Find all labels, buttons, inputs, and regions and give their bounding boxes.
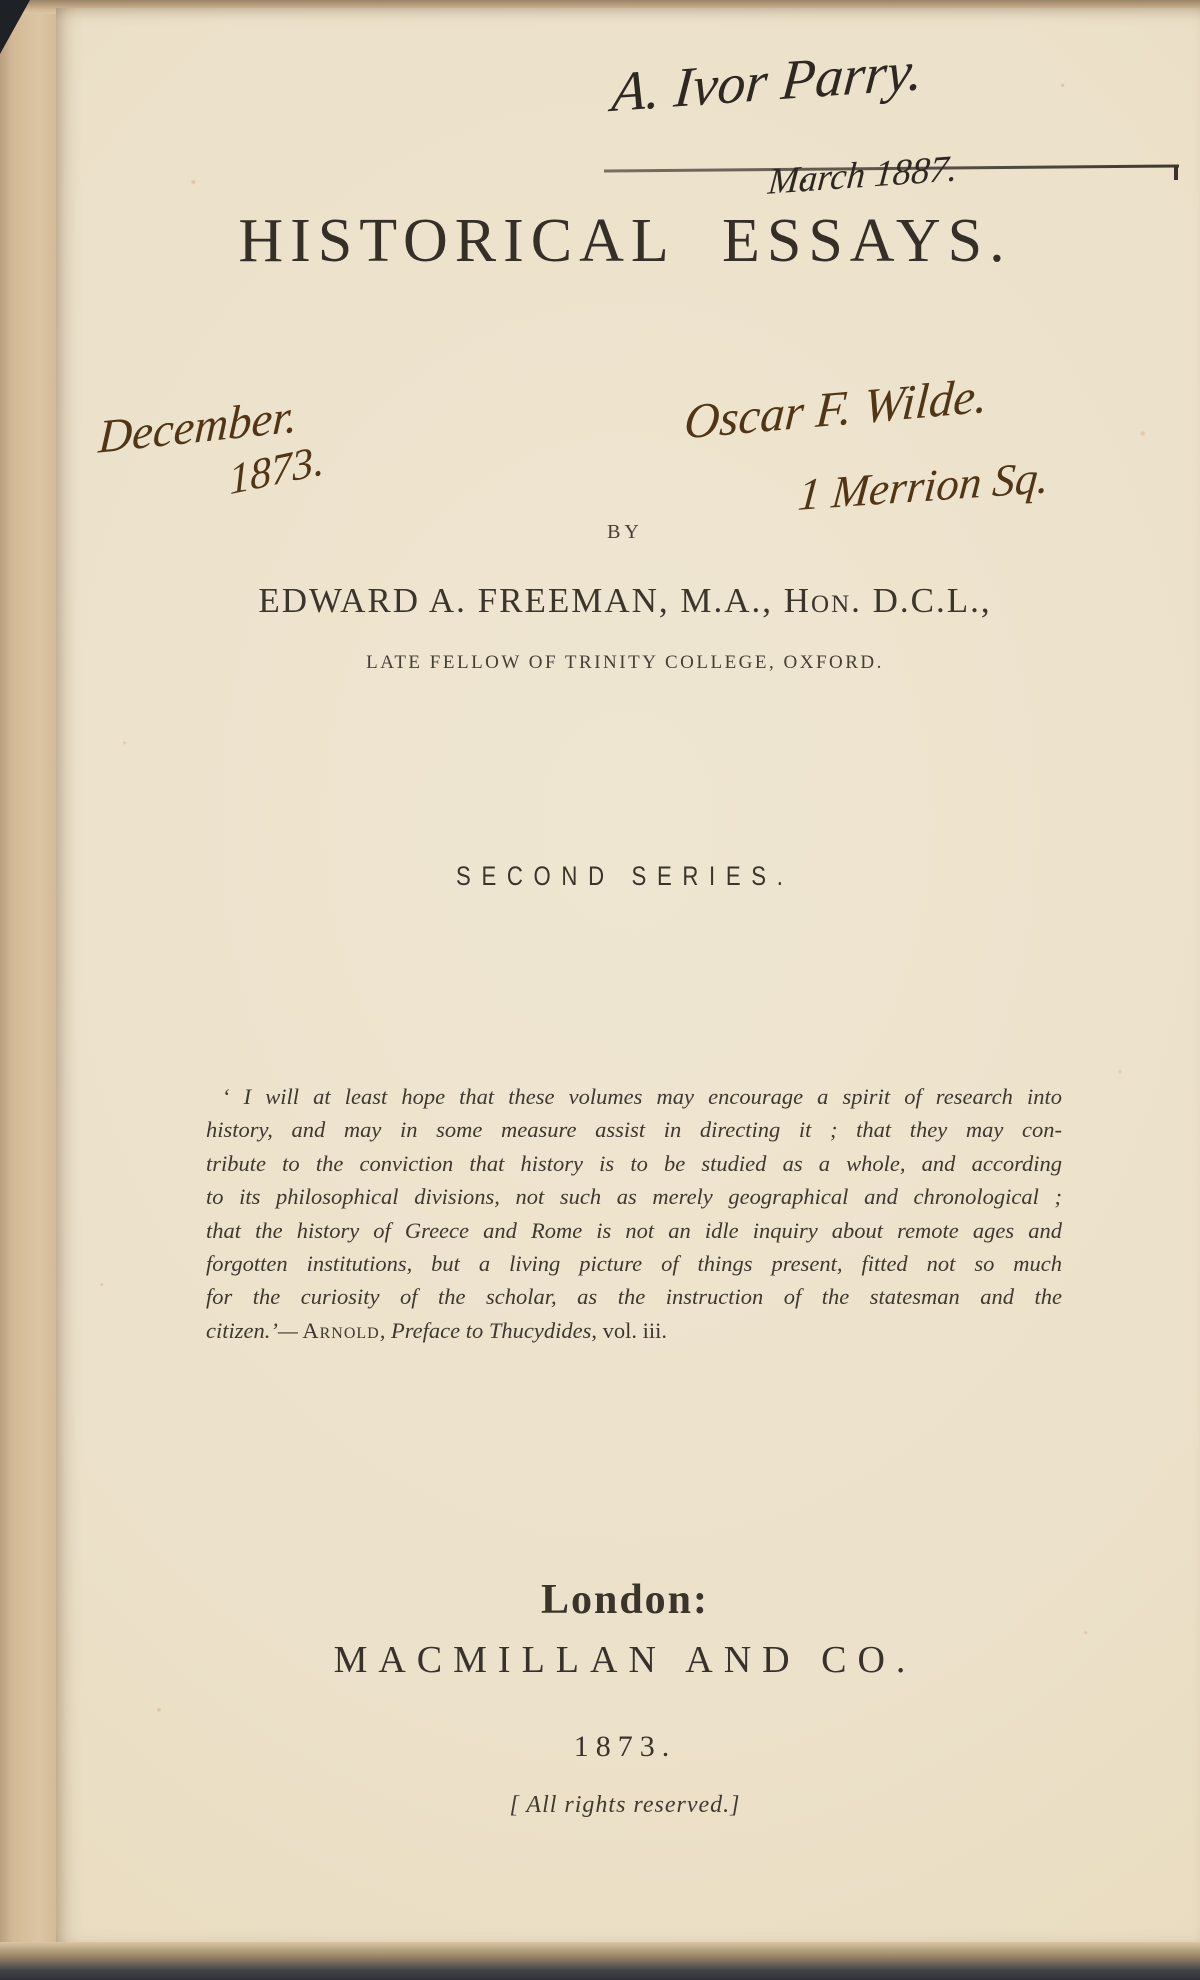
epigraph-quote: ‘ I will at least hope that these volume… — [206, 1080, 1062, 1347]
epigraph-line: forgotten institutions, but a living pic… — [206, 1247, 1062, 1280]
author-affiliation: LATE FELLOW OF TRINITY COLLEGE, OXFORD. — [96, 652, 1154, 674]
epigraph-line: history, and may in some measure assist … — [206, 1113, 1062, 1146]
epigraph-line: to its philosophical divisions, not such… — [206, 1180, 1062, 1213]
epigraph-attribution-volume: , vol. iii. — [591, 1318, 667, 1343]
title-page-paper: A. Ivor Parry. March 1887. HISTORICAL ES… — [56, 8, 1200, 1942]
epigraph-line: that the history of Greece and Rome is n… — [206, 1214, 1062, 1247]
series-title-text: SECOND SERIES. — [456, 861, 793, 892]
series-title: SECOND SERIES. — [96, 861, 1154, 892]
handwritten-wilde-address: 1 Merrion Sq. — [796, 451, 1050, 520]
epigraph-attribution-pre: citizen.’— — [206, 1318, 302, 1343]
handwritten-wilde-address-text: 1 Merrion Sq. — [796, 451, 1051, 521]
corner-shadow — [0, 0, 30, 54]
imprint-city: London: — [96, 1576, 1154, 1624]
by-label: BY — [96, 521, 1154, 544]
signature-underline-tick — [1174, 166, 1178, 180]
imprint-publisher: MACMILLAN AND CO. — [96, 1638, 1154, 1682]
author-name: EDWARD A. FREEMAN, M.A., Hon. D.C.L., — [96, 581, 1154, 621]
handwritten-owner-date-text: March 1887. — [766, 147, 959, 204]
epigraph-line: ‘ I will at least hope that these volume… — [206, 1080, 1062, 1113]
handwritten-owner-date: March 1887. — [767, 147, 959, 203]
epigraph-line: tribute to the conviction that history i… — [206, 1147, 1062, 1180]
imprint-rights-notice: [ All rights reserved.] — [96, 1792, 1154, 1819]
book-title: HISTORICAL ESSAYS. — [96, 206, 1154, 277]
handwritten-owner-signature-text: A. Ivor Parry. — [610, 39, 926, 125]
epigraph-attribution-work: , Preface to Thucydides — [380, 1318, 592, 1343]
scanned-book-title-page: A. Ivor Parry. March 1887. HISTORICAL ES… — [0, 0, 1200, 1980]
imprint-year: 1873. — [96, 1730, 1154, 1764]
epigraph-attribution: citizen.’— Arnold, Preface to Thucydides… — [206, 1314, 1062, 1347]
epigraph-line: for the curiosity of the scholar, as the… — [206, 1280, 1062, 1313]
handwritten-owner-signature: A. Ivor Parry. — [610, 39, 925, 125]
handwritten-wilde-signature-text: Oscar F. Wilde. — [683, 366, 990, 450]
page-bottom-edge — [0, 1942, 1200, 1980]
epigraph-attribution-author: Arnold — [302, 1318, 379, 1343]
handwritten-wilde-signature: Oscar F. Wilde. — [682, 367, 990, 450]
